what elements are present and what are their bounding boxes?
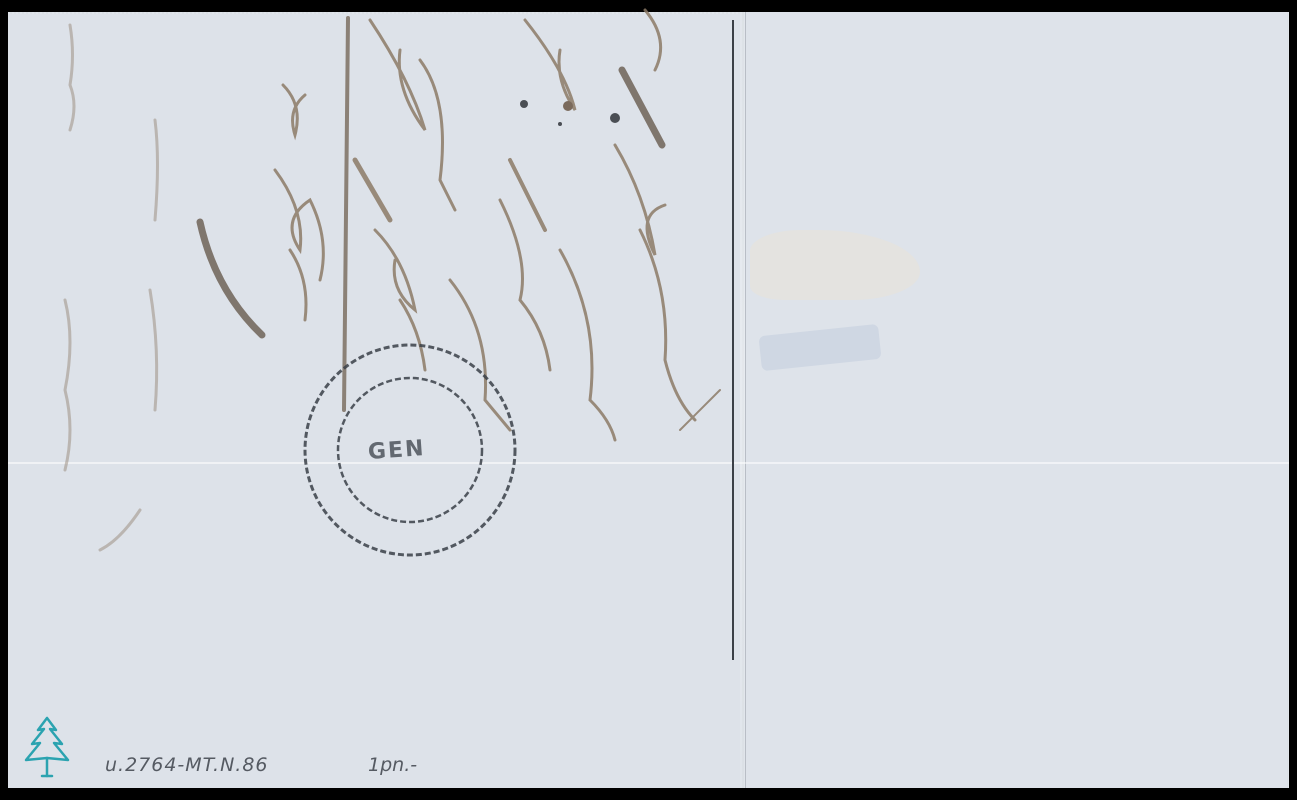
pencil-price-note: 1pn.- [368,754,417,776]
postmark-text: GEN [367,436,426,465]
pencil-reference-note: u.2764-MT.N.86 [105,754,269,776]
manuscript-writing [0,0,1297,800]
tree-icon [20,714,74,780]
